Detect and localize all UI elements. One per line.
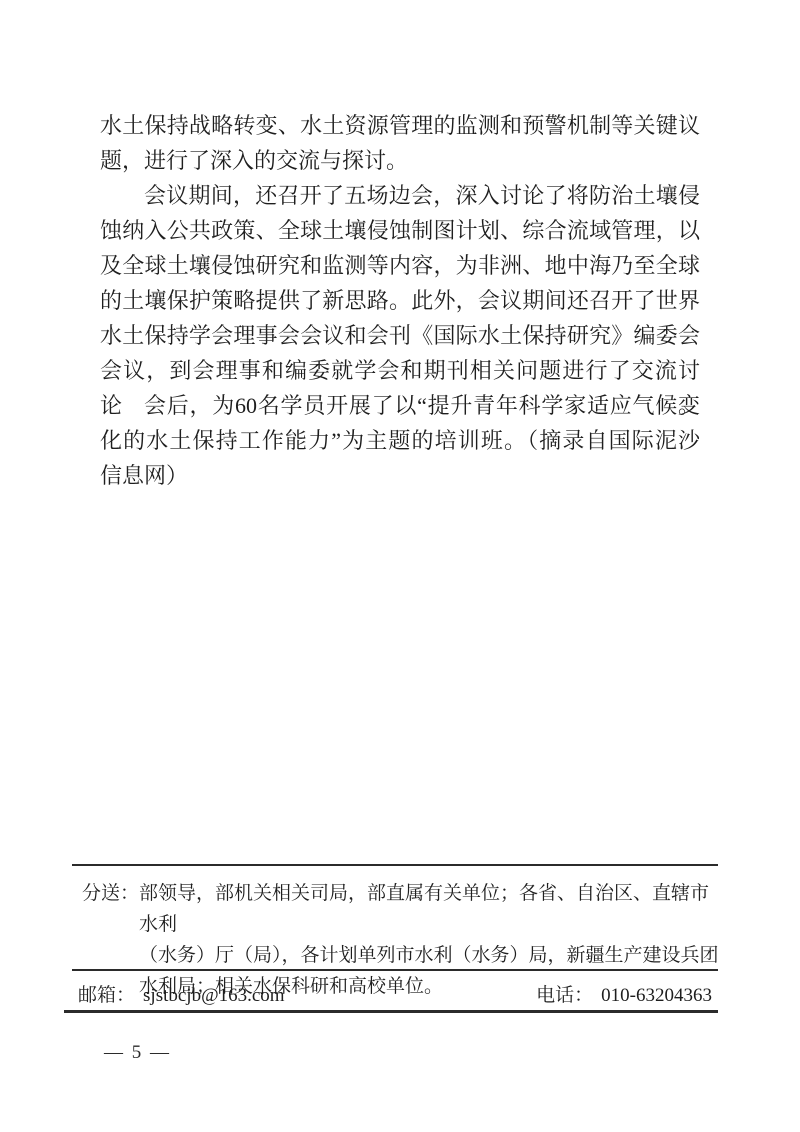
page-number: — 5 — [104,1042,171,1064]
body-line: 水土保持学会理事会会议和会刊《国际水土保持研究》编委会 [100,318,700,353]
phone-label: 电话： [536,985,593,1006]
body-line: 会议，到会理事和编委就学会和期刊相关问题进行了交流讨论。 [100,353,700,388]
body-line: 的土壤保护策略提供了新思路。此外，会议期间还召开了世界 [100,283,700,318]
body-line: 会后，为60名学员开展了以“提升青年科学家适应气候变 [100,388,700,423]
phone-value: 010-63204363 [601,985,712,1006]
body-line: 蚀纳入公共政策、全球土壤侵蚀制图计划、综合流域管理，以 [100,213,700,248]
body-text-block: 水土保持战略转变、水土资源管理的监测和预警机制等关键议 题，进行了深入的交流与探… [100,108,700,493]
body-line: 及全球土壤侵蚀研究和监测等内容，为非洲、地中海乃至全球 [100,248,700,283]
body-line: 信息网） [100,458,700,493]
footer-middle-rule [72,969,718,971]
footer-bottom-rule [64,1010,718,1013]
email-label: 邮箱： [78,985,135,1006]
email-pair: 邮箱：sjstbcjb@163.com [78,982,285,1010]
body-line: 题，进行了深入的交流与探讨。 [100,143,700,178]
email-value: sjstbcjb@163.com [143,985,285,1006]
distribution-text: 部领导，部机关相关司局，部直属有关单位；各省、自治区、直辖市水利 [139,878,727,940]
contact-row: 邮箱：sjstbcjb@163.com 电话：010-63204363 [78,982,712,1010]
body-line: 会议期间，还召开了五场边会，深入讨论了将防治土壤侵 [100,178,700,213]
phone-pair: 电话：010-63204363 [536,982,712,1010]
footer-top-rule [72,864,718,866]
distribution-label: 分送： [82,878,139,940]
distribution-line: 分送： 部领导，部机关相关司局，部直属有关单位；各省、自治区、直辖市水利 [82,878,727,940]
document-page: 水土保持战略转变、水土资源管理的监测和预警机制等关键议 题，进行了深入的交流与探… [0,0,800,1132]
distribution-line: （水务）厅（局），各计划单列市水利（水务）局，新疆生产建设兵团 [82,940,727,971]
body-line: 化的水土保持工作能力”为主题的培训班。（摘录自国际泥沙 [100,423,700,458]
body-line: 水土保持战略转变、水土资源管理的监测和预警机制等关键议 [100,108,700,143]
